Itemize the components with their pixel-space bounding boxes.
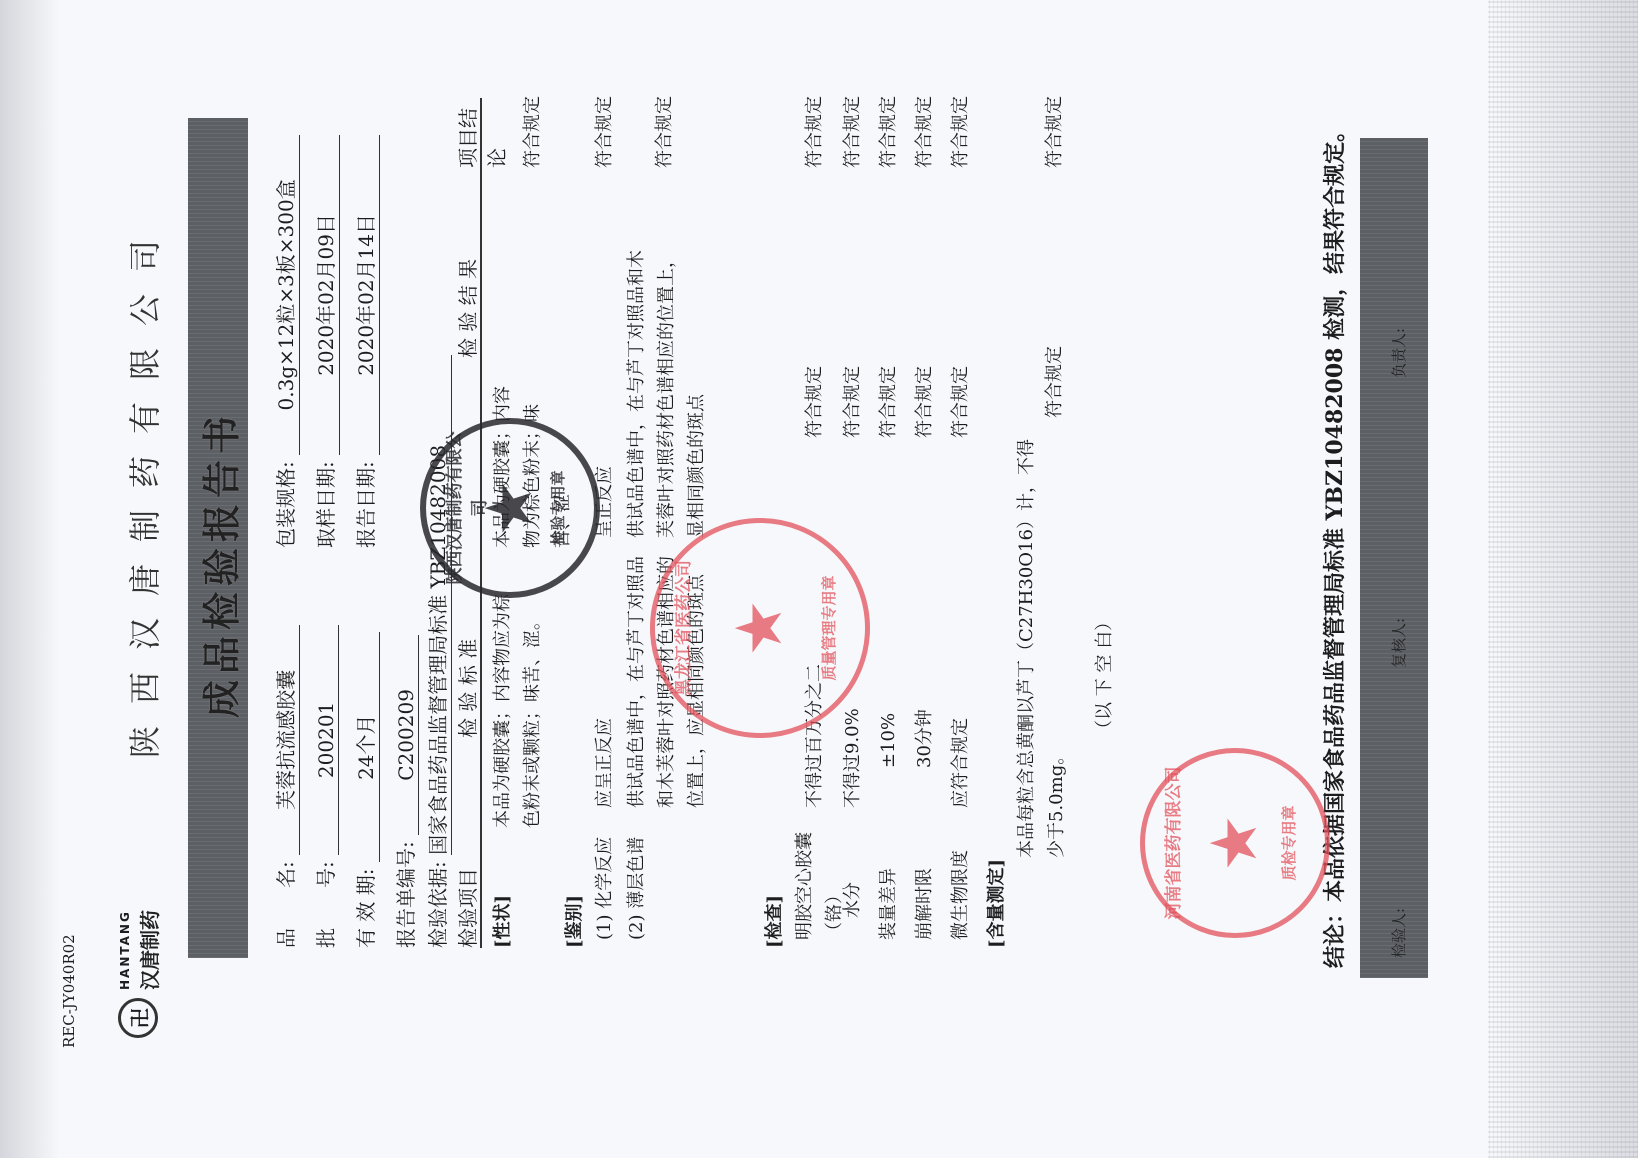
signature-reviewer: 复核人:: [1388, 618, 1409, 668]
document-code: REC-JY040R02: [60, 934, 78, 1048]
logo-english: HANTANG: [118, 910, 132, 990]
company-stamp-sub: 检验专用章: [547, 424, 568, 592]
test-disintegration-standard: 30分钟: [910, 709, 940, 768]
section-identification: [鉴别]: [560, 895, 590, 948]
ident-1-item: (1) 化学反应: [590, 837, 620, 940]
info-row-report-date: 报告日期: 2020年02月14日: [350, 135, 380, 548]
signature-bar: [1360, 138, 1428, 978]
assay-verdict: 符合规定: [1040, 96, 1070, 168]
ident-2-item: (2) 薄层色谱: [622, 837, 652, 940]
product-label: 品 名:: [270, 861, 299, 948]
product-value: 芙蓉抗流感胶囊: [270, 625, 300, 855]
header-item: 检验项目: [452, 868, 481, 948]
test-moisture-item: 水分: [838, 882, 868, 918]
company-seal-icon: 卍: [118, 998, 158, 1038]
section-assay: [含量测定]: [982, 859, 1012, 948]
test-fill-standard: ±10%: [874, 713, 904, 768]
report-title: 成品检验报告书: [191, 410, 246, 718]
package-value: 0.3g×12粒×3板×300盒: [270, 135, 300, 455]
assay-standard: 本品每粒含总黄酮以芦丁（C27H30O16）计，不得少于5.0mg。: [1012, 438, 1072, 858]
sampling-label: 取样日期:: [310, 461, 339, 548]
company-logo: 卍 HANTANG 汉唐制药: [118, 848, 178, 1038]
batch-label: 批 号:: [310, 861, 339, 948]
report-date-label: 报告日期:: [350, 461, 379, 548]
test-moisture-standard: 不得过9.0%: [838, 708, 868, 808]
batch-value: 200201: [314, 625, 339, 855]
info-row-sampling: 取样日期: 2020年02月09日: [310, 135, 340, 548]
signature-manager: 负责人:: [1388, 328, 1409, 378]
regional-stamp-text: 河南省医药有限公司: [1159, 753, 1184, 933]
test-fill-result: 符合规定: [874, 366, 904, 438]
section-appearance: [性状]: [488, 895, 518, 948]
distributor-stamp-sub: 质量管理专用章: [818, 523, 839, 733]
ident-1-verdict: 符合规定: [590, 96, 620, 168]
report-date-value: 2020年02月14日: [350, 135, 380, 455]
appearance-verdict: 符合规定: [518, 96, 548, 168]
info-row-batch: 批 号: 200201: [310, 625, 339, 948]
test-fill-item: 装量差异: [874, 868, 904, 940]
test-chromium-result: 符合规定: [800, 366, 830, 438]
test-microbial-verdict: 符合规定: [946, 96, 976, 168]
report-no-value: C200209: [394, 635, 419, 835]
appearance-standard: 本品为硬胶囊；内容物应为棕色粉末或颗粒；味苦、涩。: [488, 588, 548, 828]
reviewer-label: 复核人:: [1390, 618, 1408, 668]
validity-label: 有 效 期:: [350, 869, 379, 948]
star-icon: ★: [1203, 814, 1267, 871]
header-standard: 检 验 标 准: [452, 639, 481, 738]
test-microbial-item: 微生物限度: [946, 850, 976, 940]
distributor-stamp: 黑龙江省医药公司 ★ 质量管理专用章: [650, 518, 870, 738]
section-tests: [检查]: [760, 895, 790, 948]
info-row-report-no: 报告单编号: C200209: [390, 635, 419, 948]
manager-label: 负责人:: [1390, 328, 1408, 378]
regional-stamp: 河南省医药有限公司 ★ 质检专用章: [1140, 748, 1330, 938]
info-row-package: 包装规格: 0.3g×12粒×3板×300盒: [270, 135, 300, 548]
distributor-stamp-text: 黑龙江省医药公司: [669, 523, 694, 733]
end-note: （以 下 空 白）: [1090, 613, 1120, 738]
package-label: 包装规格:: [270, 461, 299, 548]
company-stamp: 陕西汉唐制药有限公司 ★ 检验专用章: [420, 418, 600, 598]
scan-shadow: [0, 0, 60, 1158]
regional-stamp-sub: 质检专用章: [1278, 753, 1299, 933]
report-no-label: 报告单编号:: [390, 841, 419, 948]
inspection-report-page: 卍 HANTANG 汉唐制药 REC-JY040R02 陕西汉唐制药有限公司 成…: [0, 0, 1638, 1158]
info-row-validity: 有 效 期: 24个月: [350, 632, 380, 948]
ident-2-verdict: 符合规定: [650, 96, 680, 168]
company-stamp-text: 陕西汉唐制药有限公司: [440, 424, 490, 592]
sampling-value: 2020年02月09日: [310, 135, 340, 455]
scan-noise: [1488, 0, 1638, 1158]
inspector-label: 检验人:: [1390, 908, 1408, 958]
test-moisture-result: 符合规定: [838, 366, 868, 438]
test-microbial-standard: 应符合规定: [946, 718, 976, 808]
logo-chinese: 汉唐制药: [134, 910, 163, 990]
title-bar: 成品检验报告书: [188, 118, 248, 958]
ident-2-result: 供试品色谱中，在与芦丁对照品和木芙蓉叶对照药材色谱相应的位置上，显相同颜色的斑点: [622, 238, 712, 538]
test-disintegration-item: 崩解时限: [910, 868, 940, 940]
company-name: 陕西汉唐制药有限公司: [120, 218, 166, 758]
info-row-product: 品 名: 芙蓉抗流感胶囊: [270, 625, 300, 948]
test-disintegration-result: 符合规定: [910, 366, 940, 438]
test-fill-verdict: 符合规定: [874, 96, 904, 168]
ident-1-standard: 应呈正反应: [590, 718, 620, 808]
test-chromium-verdict: 符合规定: [800, 96, 830, 168]
star-icon: ★: [728, 599, 792, 656]
header-verdict: 项目结论: [452, 98, 510, 168]
header-result: 检 验 结 果: [452, 259, 481, 358]
basis-label: 检验依据:: [422, 861, 451, 948]
signature-inspector: 检验人:: [1388, 908, 1409, 958]
test-chromium-item: 明胶空心胶囊（铬）: [790, 820, 850, 940]
test-moisture-verdict: 符合规定: [838, 96, 868, 168]
test-microbial-result: 符合规定: [946, 366, 976, 438]
validity-value: 24个月: [350, 632, 380, 862]
test-disintegration-verdict: 符合规定: [910, 96, 940, 168]
assay-result: 符合规定: [1040, 346, 1070, 418]
